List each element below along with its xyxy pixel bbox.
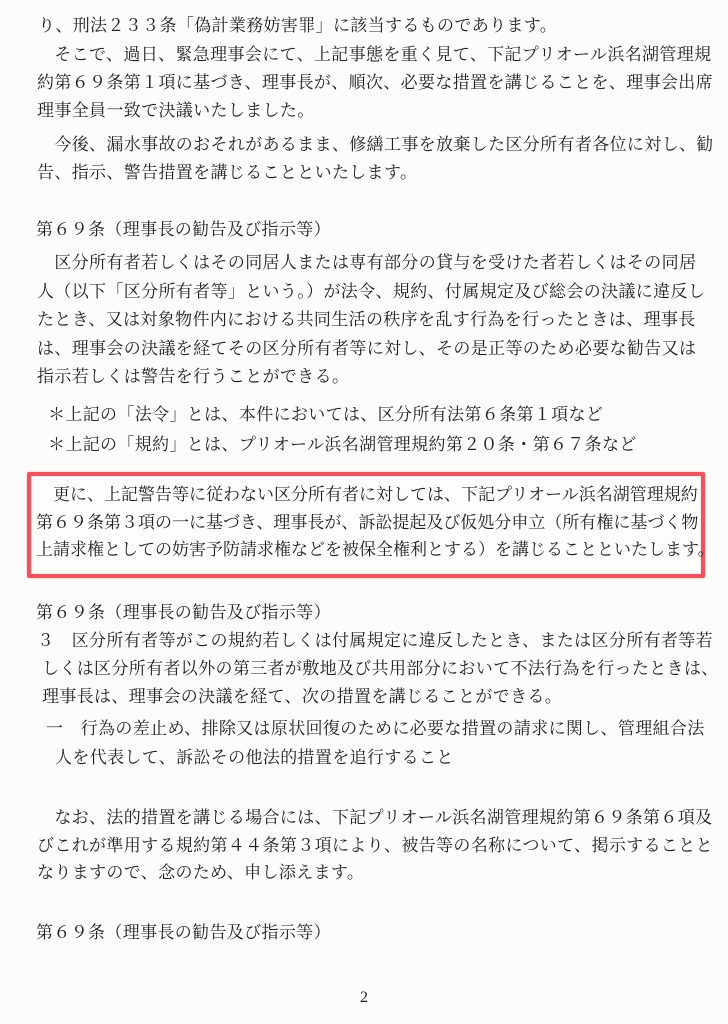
- text-line: 約第６９条第１項に基づき、理事長が、順次、必要な措置を講じることを、理事会出席: [37, 69, 713, 97]
- text-line: り、刑法２３３条「偽計業務妨害罪」に該当するものであります。: [38, 12, 557, 40]
- text-line: 人を代表して、訴訟その他法的措置を追行すること: [55, 743, 705, 772]
- page-number-text: 2: [360, 989, 368, 1006]
- article-69-body: 区分所有者若しくはその同居人または専有部分の貸与を受けた者若しくはその同居 人（…: [37, 249, 705, 392]
- heading-text: 第６９条（理事長の勧告及び指示等）: [36, 919, 331, 947]
- text-line: 更に、上記警告等に従わない区分所有者に対しては、下記プリオール浜名湖管理規約: [36, 481, 695, 509]
- text-line: びこれが準用する規約第４４条第３項により、被告等の名称について、掲示することと: [37, 832, 713, 860]
- text-line: 第６９条第３項の一に基づき、理事長が、訴訟提起及び仮処分申立（所有権に基づく物: [36, 509, 695, 537]
- text-line: 上請求権としての妨害予防請求権などを被保全権利とする）を講じることといたします。: [36, 536, 695, 564]
- highlight-box: 更に、上記警告等に従わない区分所有者に対しては、下記プリオール浜名湖管理規約 第…: [27, 472, 705, 578]
- text-line: 理事長は、理事会の決議を経て、次の措置を講じることができる。: [42, 683, 719, 711]
- text-line: 指示若しくは警告を行うことができる。: [37, 363, 705, 392]
- clause-3: ３ 区分所有者等がこの規約若しくは付属規定に違反したとき、または区分所有者等若 …: [37, 627, 719, 711]
- article-69-heading-3: 第６９条（理事長の勧告及び指示等）: [36, 919, 331, 947]
- article-69-heading-2: 第６９条（理事長の勧告及び指示等）: [36, 599, 331, 627]
- text-line: そこで、過日、緊急理事会にて、上記事態を重く見て、下記プリオール浜名湖管理規: [37, 41, 713, 69]
- heading-text: 第６９条（理事長の勧告及び指示等）: [36, 599, 331, 627]
- paragraph-notice: なお、法的措置を講じる場合には、下記プリオール浜名湖管理規約第６９条第６項及 び…: [37, 804, 713, 887]
- text-line: 人（以下「区分所有者等」という。）が法令、規約、付属規定及び総会の決議に違反し: [37, 278, 705, 307]
- note-line: ＊上記の「規約」とは、プリオール浜名湖管理規約第２０条・第６７条など: [48, 430, 637, 460]
- heading-text: 第６９条（理事長の勧告及び指示等）: [36, 216, 331, 244]
- text-line: しくは区分所有者以外の第三者が敷地及び共用部分において不法行為を行ったときは、: [42, 655, 719, 683]
- paragraph-resolution: そこで、過日、緊急理事会にて、上記事態を重く見て、下記プリオール浜名湖管理規 約…: [37, 41, 713, 125]
- page-number: 2: [0, 984, 728, 1012]
- text-line: 一 行為の差止め、排除又は原状回復のために必要な措置の請求に関し、管理組合法: [46, 714, 705, 743]
- text-line: ３ 区分所有者等がこの規約若しくは付属規定に違反したとき、または区分所有者等若: [37, 627, 719, 655]
- note-line: ＊上記の「法令」とは、本件においては、区分所有法第６条第１項など: [48, 400, 637, 430]
- text-line: 今後、漏水事故のおそれがあるまま、修繕工事を放棄した区分所有者各位に対し、勧: [37, 131, 714, 159]
- footnote-block: ＊上記の「法令」とは、本件においては、区分所有法第６条第１項など ＊上記の「規約…: [48, 400, 637, 460]
- text-line: 理事全員一致で決議いたしました。: [37, 97, 713, 125]
- article-69-heading-1: 第６９条（理事長の勧告及び指示等）: [36, 216, 331, 244]
- scanned-document-page: り、刑法２３３条「偽計業務妨害罪」に該当するものであります。 そこで、過日、緊急…: [0, 0, 728, 1024]
- text-line: 告、指示、警告措置を講じることといたします。: [37, 159, 714, 187]
- text-line: 区分所有者若しくはその同居人または専有部分の貸与を受けた者若しくはその同居: [37, 249, 705, 278]
- text-line: なお、法的措置を講じる場合には、下記プリオール浜名湖管理規約第６９条第６項及: [37, 804, 713, 832]
- paragraph-measures: 今後、漏水事故のおそれがあるまま、修繕工事を放棄した区分所有者各位に対し、勧 告…: [37, 131, 714, 187]
- clause-3-item-1: 一 行為の差止め、排除又は原状回復のために必要な措置の請求に関し、管理組合法 人…: [46, 714, 705, 772]
- text-line: は、理事会の決議を経てその区分所有者等に対し、その是正等のため必要な勧告又は: [37, 335, 705, 364]
- paragraph-continuation: り、刑法２３３条「偽計業務妨害罪」に該当するものであります。: [38, 12, 557, 40]
- text-line: なりますので、念のため、申し添えます。: [37, 859, 713, 887]
- text-line: たとき、又は対象物件内における共同生活の秩序を乱す行為を行ったときは、理事長: [37, 306, 705, 335]
